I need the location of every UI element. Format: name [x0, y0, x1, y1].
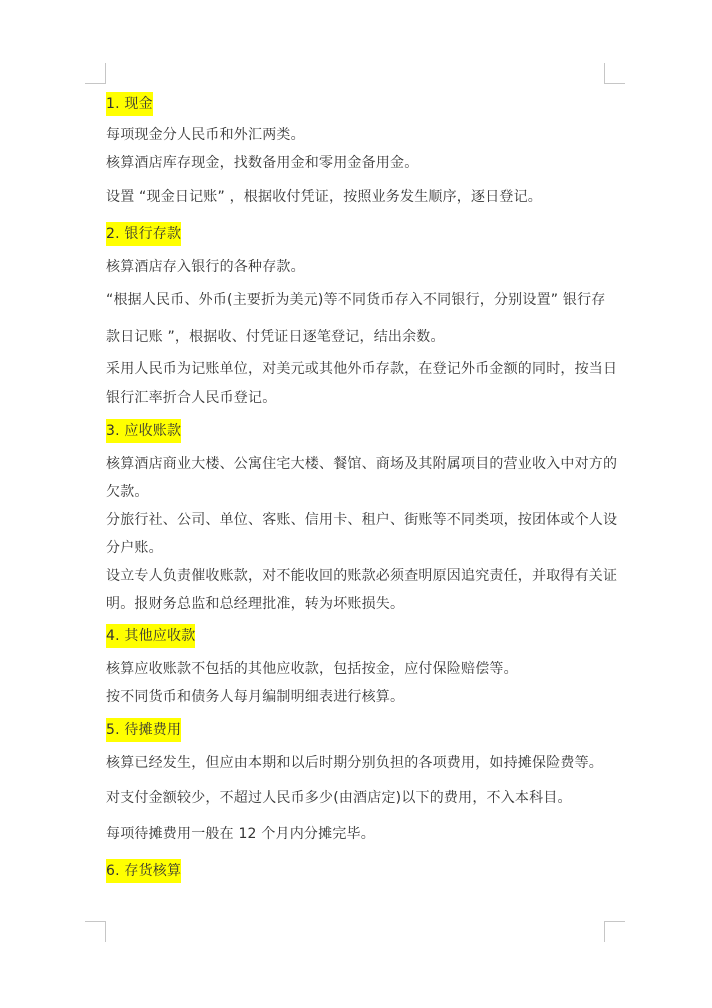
- paragraph: 分旅行社、公司、单位、客账、信用卡、租户、街账等不同类项，按团体或个人设: [106, 511, 617, 529]
- paragraph: 款日记账 ”，根据收、付凭证日逐笔登记，结出余数。: [106, 328, 445, 346]
- section-heading-inventory: 6. 存货核算: [106, 862, 181, 880]
- paragraph: 核算酒店商业大楼、公寓住宅大楼、餐馆、商场及其附属项目的营业收入中对方的: [106, 455, 617, 473]
- paragraph: 核算应收账款不包括的其他应收款，包括按金，应付保险赔偿等。: [106, 660, 518, 678]
- paragraph: 分户账。: [106, 539, 163, 557]
- crop-mark-bottom-right-h: [604, 921, 625, 922]
- crop-mark-top-right-h: [604, 83, 625, 84]
- paragraph: 采用人民币为记账单位，对美元或其他外币存款，在登记外币金额的同时，按当日: [106, 360, 617, 378]
- paragraph: 每项待摊费用一般在 12 个月内分摊完毕。: [106, 825, 375, 843]
- paragraph: 按不同货币和债务人每月编制明细表进行核算。: [106, 688, 404, 706]
- crop-mark-bottom-right-v: [604, 921, 605, 942]
- crop-mark-bottom-left-h: [85, 921, 106, 922]
- paragraph: 银行汇率折合人民币登记。: [106, 389, 276, 407]
- paragraph: 核算已经发生，但应由本期和以后时期分别负担的各项费用，如持摊保险费等。: [106, 754, 603, 772]
- paragraph: 每项现金分人民币和外汇两类。: [106, 126, 305, 144]
- crop-mark-top-left-h: [85, 83, 106, 84]
- section-heading-other-receivables: 4. 其他应收款: [106, 627, 195, 645]
- paragraph: “根据人民币、外币(主要折为美元)等不同货币存入不同银行，分别设置” 银行存: [106, 291, 605, 309]
- section-heading-accounts-receivable: 3. 应收账款: [106, 422, 181, 440]
- section-heading-prepaid-expenses: 5. 待摊费用: [106, 721, 181, 739]
- paragraph: 设置 “现金日记账” ，根据收付凭证，按照业务发生顺序，逐日登记。: [106, 188, 542, 206]
- paragraph: 对支付金额较少，不超过人民币多少(由酒店定)以下的费用，不入本科目。: [106, 789, 572, 807]
- paragraph: 欠款。: [106, 483, 149, 501]
- paragraph: 设立专人负责催收账款，对不能收回的账款必须查明原因追究责任，并取得有关证: [106, 567, 617, 585]
- paragraph: 核算酒店库存现金，找数备用金和零用金备用金。: [106, 154, 418, 172]
- section-heading-cash: 1. 现金: [106, 95, 153, 113]
- crop-mark-top-right-v: [604, 63, 605, 84]
- crop-mark-bottom-left-v: [105, 921, 106, 942]
- paragraph: 明。报财务总监和总经理批准，转为坏账损失。: [106, 595, 404, 613]
- paragraph: 核算酒店存入银行的各种存款。: [106, 258, 305, 276]
- section-heading-bank-deposit: 2. 银行存款: [106, 225, 181, 243]
- crop-mark-top-left-v: [105, 63, 106, 84]
